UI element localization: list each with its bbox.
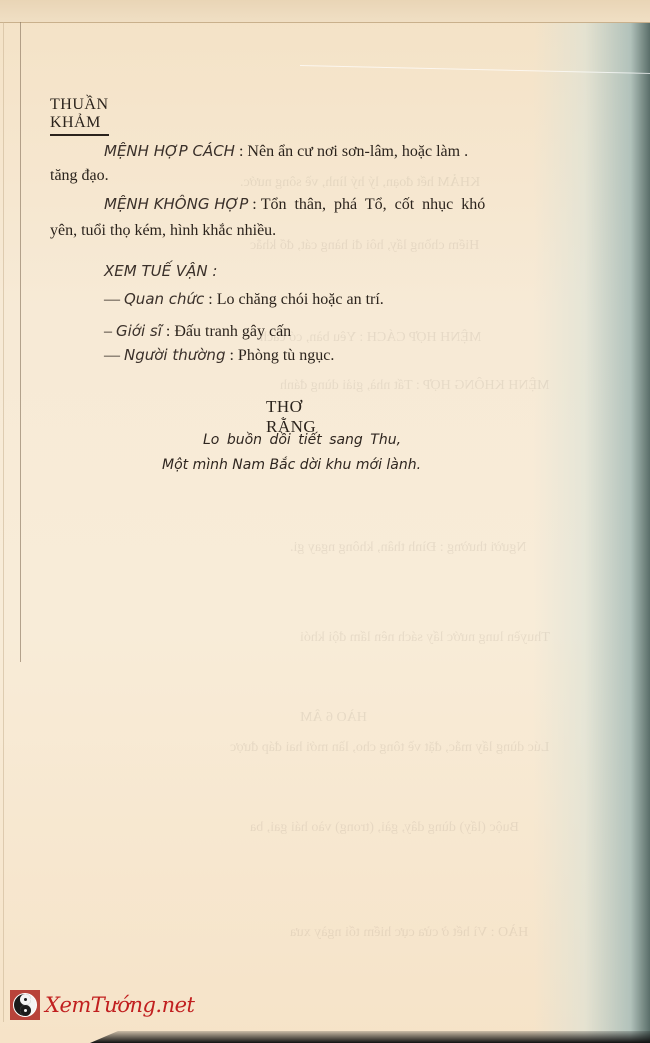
fortune-separator: :	[204, 291, 216, 308]
poem-line: Một mình Nam Bắc dời khu mới lành.	[162, 457, 421, 473]
watermark-logo: XemTướng.net	[10, 990, 195, 1020]
logo-box	[10, 990, 40, 1020]
entry-label: MỆNH HỢP CÁCH	[104, 142, 235, 160]
fortune-label: Quan chức	[124, 290, 204, 308]
binding-line	[20, 22, 21, 662]
fortune-text: Phòng tù ngục.	[238, 347, 334, 364]
fortune-text: Lo chăng chói hoặc an trí.	[217, 291, 384, 308]
dash: –	[104, 323, 112, 340]
fortune-item: — Người thường : Phòng tù ngục.	[104, 346, 334, 365]
previous-page-edge	[0, 0, 650, 23]
fortune-separator: :	[162, 323, 174, 340]
fortune-separator: :	[225, 347, 237, 364]
poem-line: Lo buồn dồi tiết sang Thu,	[203, 432, 401, 448]
entry-text-continued: tăng đạo.	[50, 167, 109, 185]
entry-separator: :	[248, 196, 260, 213]
dash: —	[104, 347, 120, 364]
entry-menh-khong-hop: MỆNH KHÔNG HỢP : Tổn thân, phá Tổ, cốt n…	[104, 195, 485, 214]
fortune-label: Người thường	[124, 346, 225, 364]
yin-yang-icon	[13, 993, 37, 1017]
page-edge-line	[3, 22, 4, 1022]
fortune-label: Giới sĩ	[116, 322, 162, 340]
entry-label: MỆNH KHÔNG HỢP	[104, 195, 248, 213]
entry-menh-hop-cach: MỆNH HỢP CÁCH : Nên ẩn cư nơi sơn-lâm, h…	[104, 142, 468, 161]
page-bottom-shadow	[90, 1031, 650, 1043]
fortune-item: – Giới sĩ : Đấu tranh gây cấn	[104, 322, 291, 341]
section-heading: THUẦN KHẢM	[50, 96, 109, 136]
entry-text-continued: yên, tuổi thọ kém, hình khắc nhiều.	[50, 222, 276, 240]
poem-title: THƠ RẰNG	[266, 397, 316, 437]
entry-text: Tổn thân, phá Tổ, cốt nhục khó	[261, 196, 486, 213]
fortune-text: Đấu tranh gây cấn	[174, 323, 291, 340]
entry-text: Nên ẩn cư nơi sơn-lâm, hoặc làm .	[247, 143, 468, 160]
fortune-heading: XEM TUẾ VẬN :	[104, 262, 217, 280]
entry-separator: :	[235, 143, 247, 160]
dash: —	[104, 291, 120, 308]
watermark-text: XemTướng.net	[45, 993, 195, 1017]
fortune-item: — Quan chức : Lo chăng chói hoặc an trí.	[104, 290, 384, 309]
